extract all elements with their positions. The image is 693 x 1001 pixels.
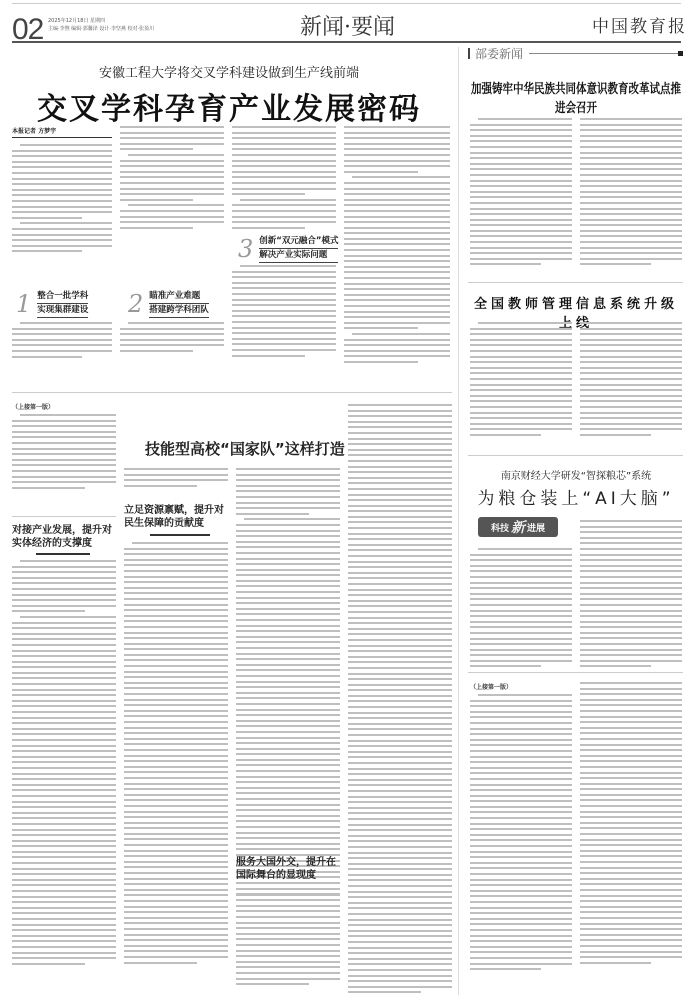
article-headline-ethnic-unity: 加强铸牢中华民族共同体意识教育改革试点推进会召开	[466, 79, 686, 117]
lead-col-3	[232, 126, 336, 232]
article-divider	[12, 516, 116, 517]
article-divider	[468, 455, 683, 456]
lead-headline: 交叉学科孕育产业发展密码	[0, 84, 458, 128]
column-divider	[458, 47, 459, 995]
issue-date: 2025年12月18日 星期四	[48, 17, 154, 25]
r-art2-col-1	[470, 322, 572, 439]
article-divider	[12, 392, 452, 393]
continued-label: （上接第一版）	[470, 682, 572, 691]
lead-col-3b	[232, 265, 336, 360]
subhead-economy: 对接产业发展，提升对实体经济的支撑度	[12, 524, 116, 550]
subhead-bar	[150, 534, 210, 536]
section-label-ministry-news: 部委新闻	[468, 45, 683, 62]
r-art1-col-1	[470, 118, 572, 269]
section-heading-1: 1 整合一批学科实现集群建设	[16, 290, 88, 318]
body-text	[12, 144, 112, 252]
subhead-diplomacy: 服务大国外交，提升在国际舞台的显现度	[236, 856, 340, 882]
issue-meta: 2025年12月18日 星期四 主编·李煦 编辑·郭馨泽 设计·李坚燕 校对·张…	[48, 17, 154, 33]
masthead-logo: 中国教育报	[592, 12, 687, 37]
continued-article: （上接第一版）	[12, 402, 116, 492]
tech-progress-badge: 科技 新 进展	[478, 517, 558, 537]
art2-col-1b	[124, 542, 228, 967]
art2-col-1	[124, 468, 228, 490]
r-art3-col-2	[580, 520, 682, 671]
section-title: 新闻·要闻	[300, 10, 395, 41]
subhead-bar	[36, 553, 90, 555]
article-headline-skills: 技能型高校“国家队”这样打造	[145, 438, 345, 459]
art2-col-2b	[236, 888, 340, 989]
article-divider	[468, 672, 683, 673]
lead-col-2	[120, 126, 224, 232]
section-heading-2: 2 瞄准产业难题搭建跨学科团队	[128, 290, 209, 318]
continued-label: （上接第一版）	[12, 402, 116, 411]
lead-byline: 本报记者 方梦宇	[12, 126, 112, 138]
header-top-rule	[12, 3, 681, 4]
art2-col-2	[236, 468, 340, 904]
lead-col-2b	[120, 322, 224, 356]
article-divider	[468, 282, 683, 283]
lead-subtitle: 安徽工程大学将交叉学科建设做到生产线前端	[0, 62, 458, 81]
r-art1-col-2	[580, 118, 682, 269]
subhead-livelihood: 立足资源禀赋，提升对民生保障的贡献度	[124, 504, 228, 530]
lead-col-1b	[12, 322, 112, 361]
article-kicker-grain: 南京财经大学研发“智探粮芯”系统	[466, 467, 686, 482]
r-art4-col-2	[580, 682, 682, 967]
header-rule	[12, 41, 681, 43]
section-marker-bar	[468, 48, 470, 59]
lead-col-1: 本报记者 方梦宇	[12, 126, 112, 256]
section-rule	[529, 53, 678, 54]
art2-col-0	[12, 560, 116, 968]
r-art2-col-2	[580, 322, 682, 439]
lead-col-4	[344, 126, 450, 367]
art2-col-3	[348, 404, 452, 997]
section-end-square	[678, 51, 683, 56]
article-headline-grain-ai: 为粮仓装上“AI大脑”	[466, 484, 686, 509]
editor-credits: 主编·李煦 编辑·郭馨泽 设计·李坚燕 校对·张盈川	[48, 25, 154, 33]
r-art3-col-1	[470, 548, 572, 671]
r-art4-col-1: （上接第一版）	[470, 682, 572, 974]
section-heading-3: 3 创新“双元融合”模式解决产业实际问题	[238, 235, 338, 263]
